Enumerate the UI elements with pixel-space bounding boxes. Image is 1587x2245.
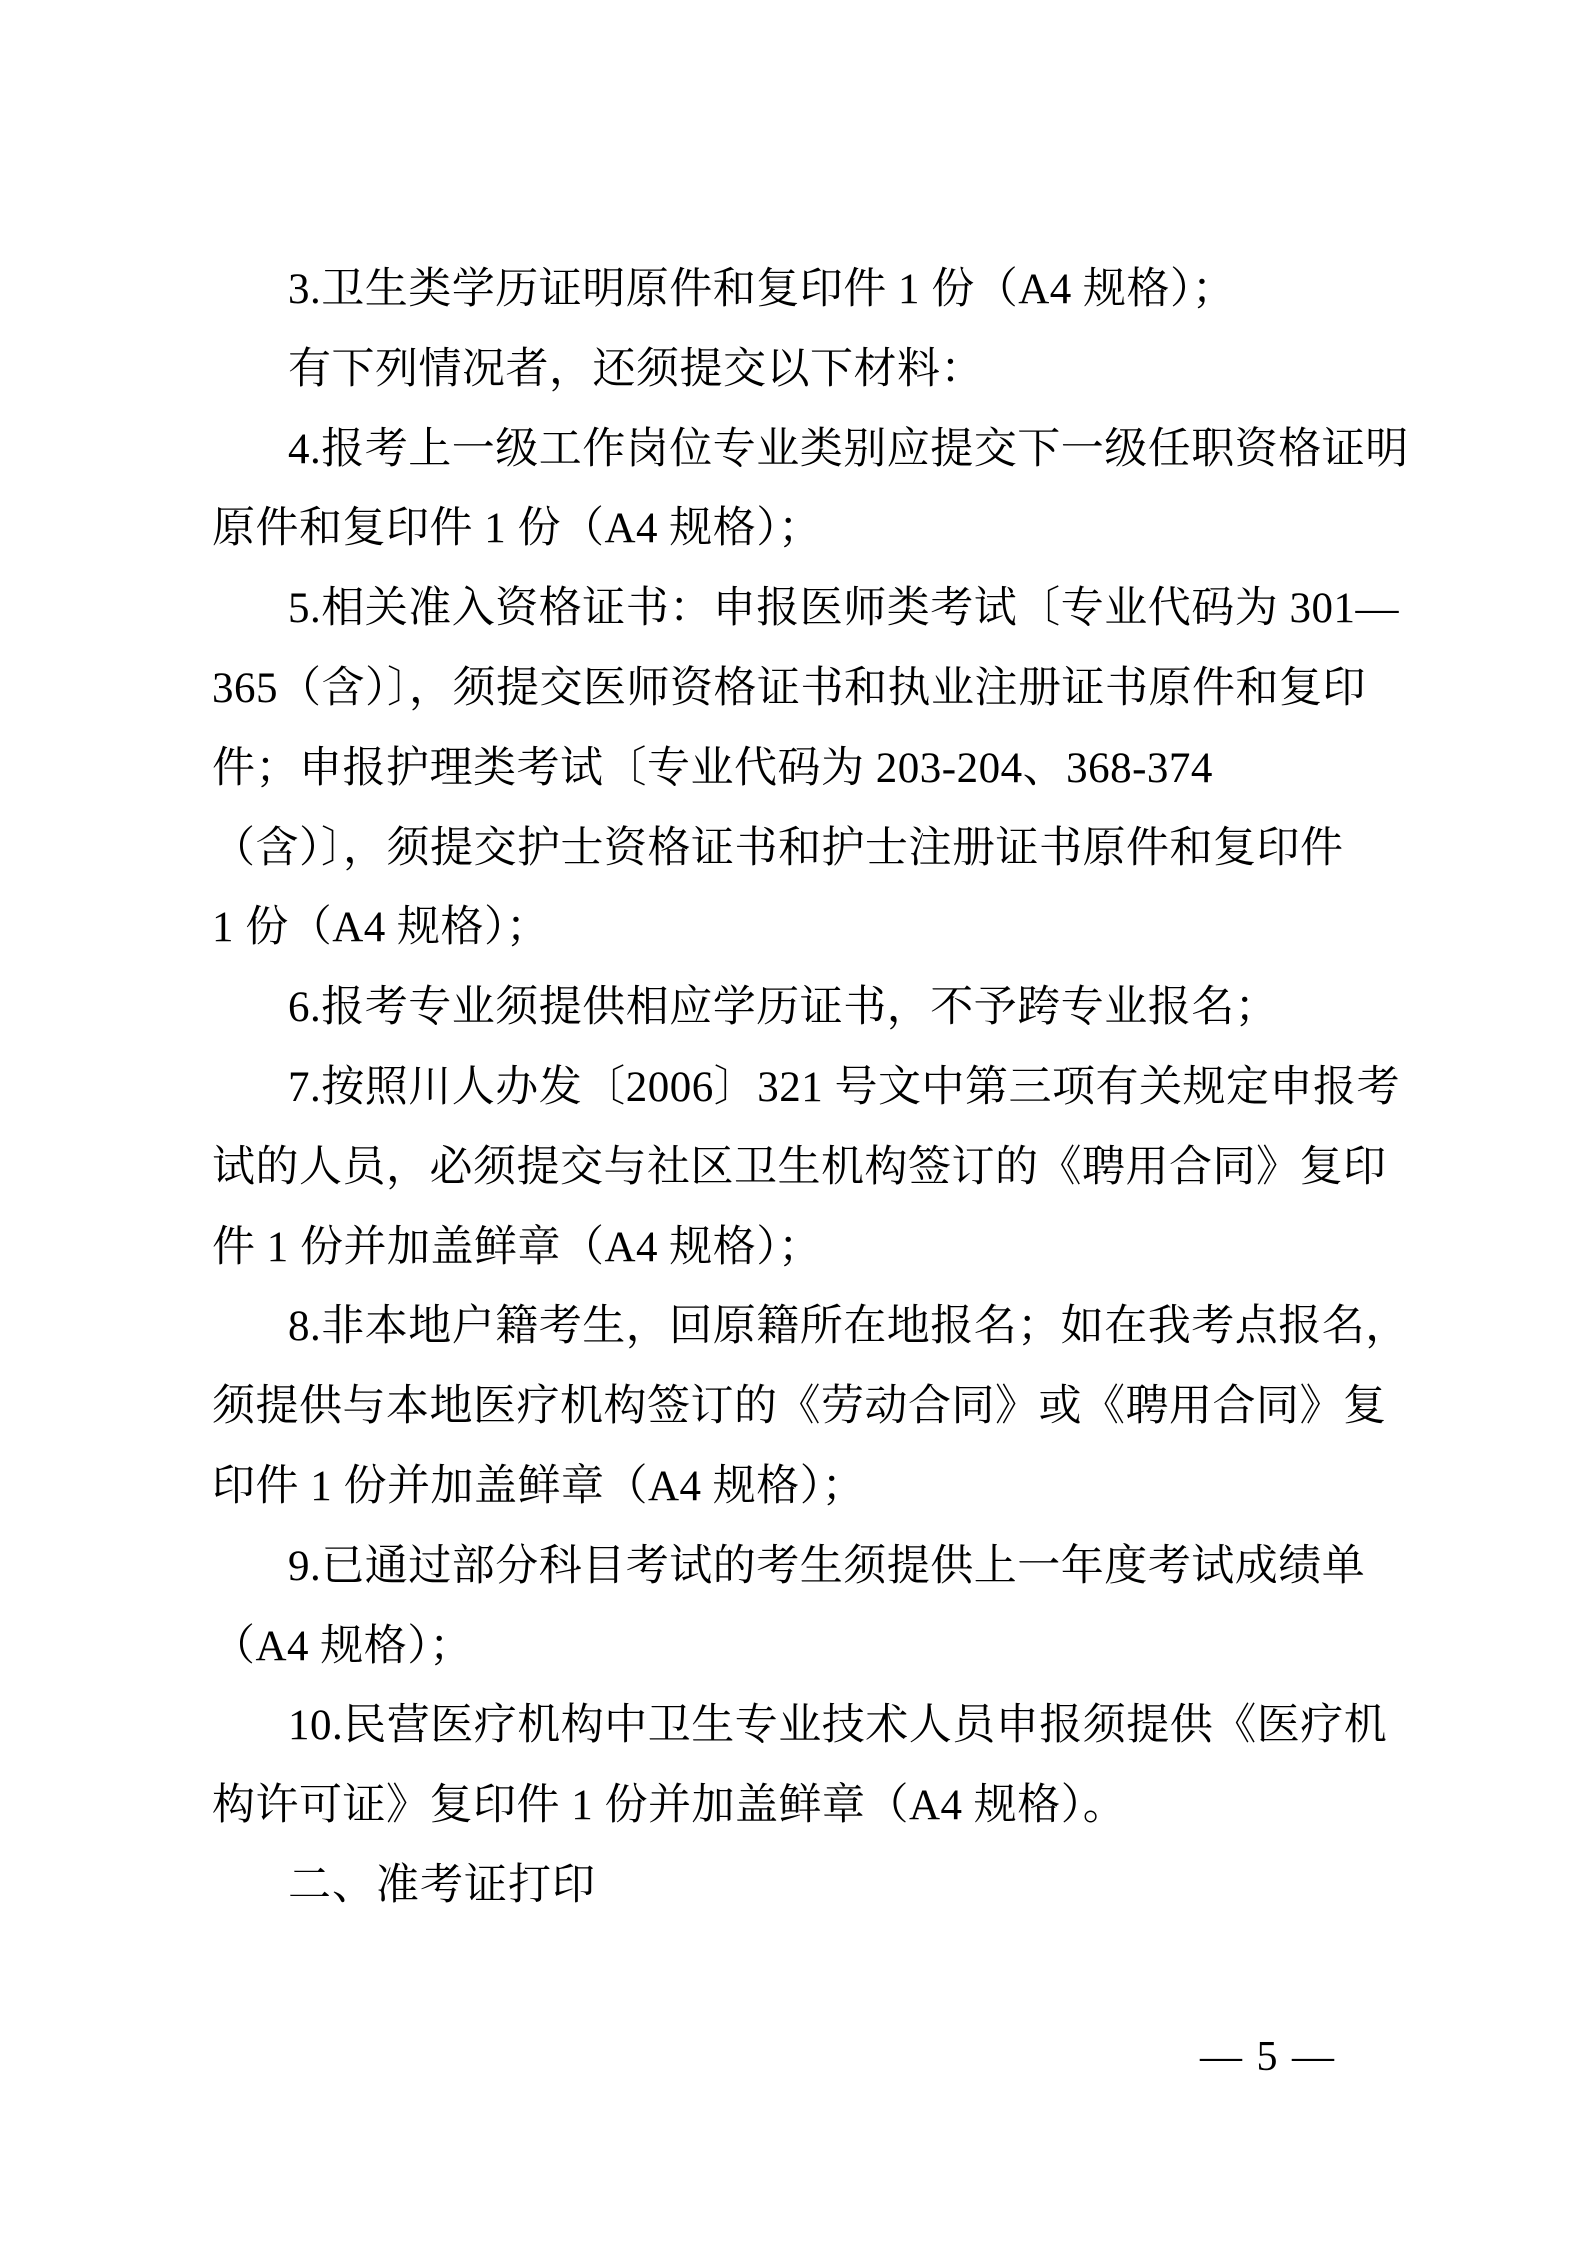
text-line: 1 份（A4 规格）； <box>212 888 1407 968</box>
text-line: （含）〕，须提交护士资格证书和护士注册证书原件和复印件 <box>212 809 1407 889</box>
text-line: 6.报考专业须提供相应学历证书，不予跨专业报名； <box>212 968 1407 1048</box>
text-line: 原件和复印件 1 份（A4 规格）； <box>212 489 1407 569</box>
document-page: 3.卫生类学历证明原件和复印件 1 份（A4 规格）； 有下列情况者，还须提交以… <box>0 0 1587 2245</box>
text-line: （A4 规格）； <box>212 1607 1407 1687</box>
text-line: 3.卫生类学历证明原件和复印件 1 份（A4 规格）； <box>212 250 1407 330</box>
text-line: 有下列情况者，还须提交以下材料： <box>212 330 1407 410</box>
document-body: 3.卫生类学历证明原件和复印件 1 份（A4 规格）； 有下列情况者，还须提交以… <box>212 250 1407 1926</box>
text-line: 9.已通过部分科目考试的考生须提供上一年度考试成绩单 <box>212 1527 1407 1607</box>
text-line: 件 1 份并加盖鲜章（A4 规格）； <box>212 1208 1407 1288</box>
text-line: 365（含）〕，须提交医师资格证书和执业注册证书原件和复印 <box>212 649 1407 729</box>
text-line: 10.民营医疗机构中卫生专业技术人员申报须提供《医疗机 <box>212 1686 1407 1766</box>
text-line: 7.按照川人办发〔2006〕321 号文中第三项有关规定申报考 <box>212 1048 1407 1128</box>
text-line: 印件 1 份并加盖鲜章（A4 规格）； <box>212 1447 1407 1527</box>
text-line: 须提供与本地医疗机构签订的《劳动合同》或《聘用合同》复 <box>212 1367 1407 1447</box>
text-line: 5.相关准入资格证书：申报医师类考试〔专业代码为 301— <box>212 569 1407 649</box>
text-line: 8.非本地户籍考生，回原籍所在地报名；如在我考点报名， <box>212 1287 1407 1367</box>
page-number: — 5 — <box>1200 2036 1336 2078</box>
text-line: 试的人员，必须提交与社区卫生机构签订的《聘用合同》复印 <box>212 1128 1407 1208</box>
text-line: 4.报考上一级工作岗位专业类别应提交下一级任职资格证明 <box>212 410 1407 490</box>
section-heading: 二、准考证打印 <box>212 1846 1407 1926</box>
text-line: 构许可证》复印件 1 份并加盖鲜章（A4 规格）。 <box>212 1766 1407 1846</box>
text-line: 件；申报护理类考试〔专业代码为 203-204、368-374 <box>212 729 1407 809</box>
